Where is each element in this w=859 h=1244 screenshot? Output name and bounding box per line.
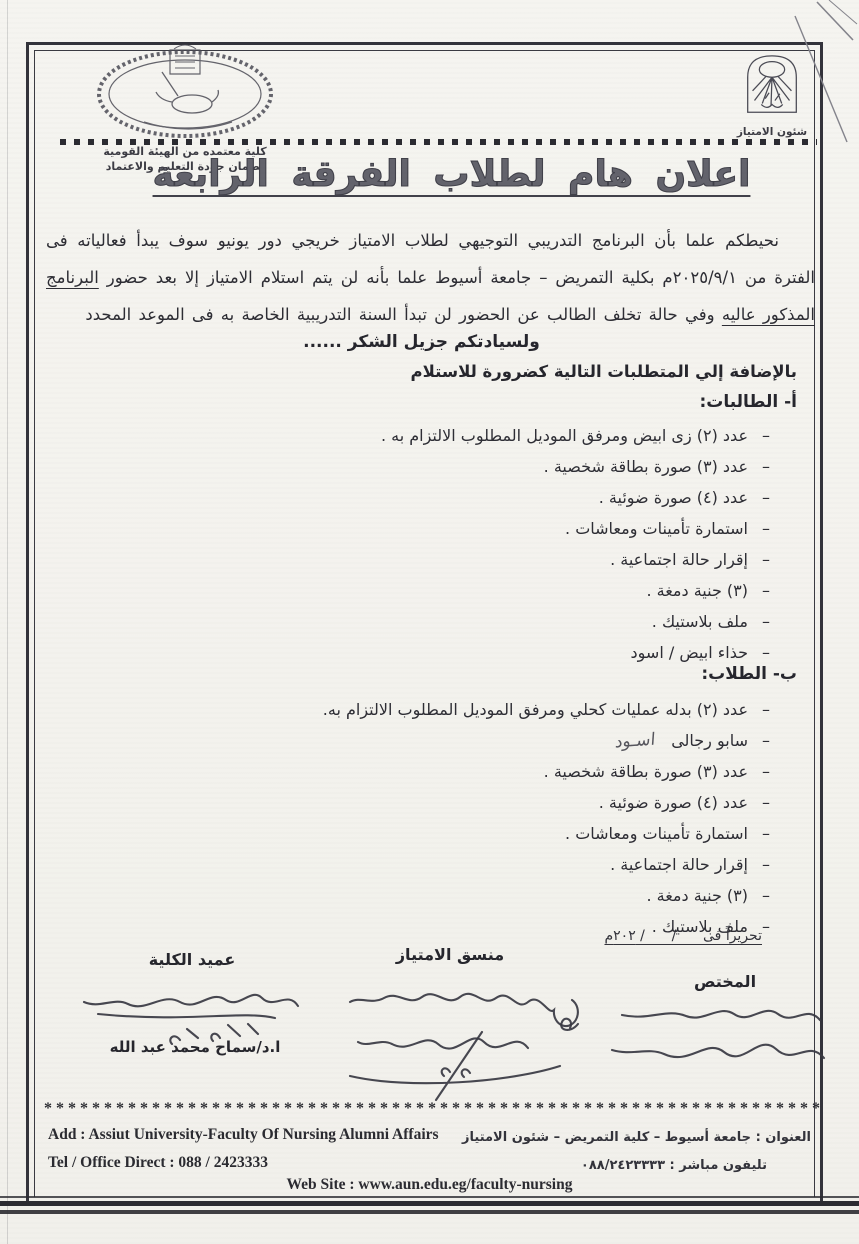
footer-tel-ar: تليفون مباشر : ٠٨٨/٢٤٢٣٣٣٣: [581, 1158, 767, 1173]
dean-signature-title: عميد الكلية: [117, 950, 267, 969]
bullet-dash: –: [762, 451, 770, 482]
list-item: –إقرار حالة اجتماعية .: [381, 544, 770, 575]
scan-edge-line: [7, 0, 8, 1244]
list-item: –عدد (٣) صورة بطاقة شخصية .: [381, 451, 770, 482]
bullet-dash: –: [762, 818, 770, 849]
section-a-list: –عدد (٢) زى ابيض ومرفق الموديل المطلوب ا…: [381, 420, 770, 668]
section-b-list: –عدد (٢) بدله عمليات كحلي ومرفق الموديل …: [323, 694, 770, 942]
bottom-rule-thin: [0, 1196, 859, 1198]
page-title: اعلان هام لطلاب الفرقة الرابعة: [44, 154, 859, 195]
specialist-signature-title: المختص: [650, 972, 800, 991]
dean-signature-handwriting: [70, 976, 310, 1046]
bullet-dash: –: [762, 482, 770, 513]
list-item: –عدد (٢) بدله عمليات كحلي ومرفق الموديل …: [323, 694, 770, 725]
list-item-text: عدد (٣) صورة بطاقة شخصية .: [544, 457, 748, 476]
list-item: –ملف بلاستيك .: [381, 606, 770, 637]
list-item-text: ملف بلاستيك .: [652, 612, 748, 631]
list-item-text: سابو رجالى: [671, 731, 748, 750]
bottom-rule-thick-2: [0, 1210, 859, 1214]
bullet-dash: –: [762, 911, 770, 942]
intro-text-before: نحيطكم علما بأن البرنامج التدريبي التوجي…: [46, 231, 815, 287]
list-item-text: عدد (٢) زى ابيض ومرفق الموديل المطلوب ال…: [381, 426, 748, 445]
list-item-text: إقرار حالة اجتماعية .: [610, 550, 748, 569]
university-badge-caption: شئون الامتياز: [722, 126, 822, 138]
list-item-text: عدد (٤) صورة ضوئية .: [599, 488, 748, 507]
accreditation-seal-icon: [92, 44, 278, 140]
bullet-dash: –: [762, 849, 770, 880]
list-item: –عدد (٣) صورة بطاقة شخصية .: [323, 756, 770, 787]
list-item-text: حذاء ابيض / اسود: [631, 643, 748, 662]
list-item: –عدد (٢) زى ابيض ومرفق الموديل المطلوب ا…: [381, 420, 770, 451]
list-item-text: إقرار حالة اجتماعية .: [610, 855, 748, 874]
bullet-dash: –: [762, 694, 770, 725]
written-on-date-line: تحريراً فى / / ٢٠٢م: [604, 928, 762, 944]
list-item-text: (٣) جنية دمغة .: [646, 581, 748, 600]
list-item: –استمارة تأمينات ومعاشات .: [381, 513, 770, 544]
section-b-title: ب- الطلاب:: [701, 664, 797, 684]
bullet-dash: –: [762, 756, 770, 787]
footer-address-en: Add : Assiut University-Faculty Of Nursi…: [48, 1126, 439, 1144]
footer-tel-en: Tel / Office Direct : 088 / 2423333: [48, 1154, 268, 1172]
bullet-dash: –: [762, 725, 770, 756]
list-item-text: استمارة تأمينات ومعاشات .: [565, 824, 748, 843]
dotted-divider: [60, 139, 817, 145]
scanned-announcement-page: كلية معتمده من الهيئة القومية لضمان جودة…: [0, 0, 859, 1244]
requirements-heading: بالإضافة إلي المتطلبات التالية كضرورة لل…: [410, 362, 797, 381]
list-item-text: استمارة تأمينات ومعاشات .: [565, 519, 748, 538]
list-item-text: عدد (٤) صورة ضوئية .: [599, 793, 748, 812]
thanks-line: ولسيادتكم جزيل الشكر ......: [0, 332, 843, 352]
bullet-dash: –: [762, 787, 770, 818]
list-item: –سابو رجالىاسـود: [323, 725, 770, 756]
list-item: –إقرار حالة اجتماعية .: [323, 849, 770, 880]
university-badge: شئون الامتياز: [722, 50, 822, 138]
dean-name: ا.د/سماح محمد عبد الله: [90, 1038, 300, 1056]
list-item: –(٣) جنية دمغة .: [323, 880, 770, 911]
coordinator-signature-title: منسق الامتياز: [375, 945, 525, 964]
bullet-dash: –: [762, 420, 770, 451]
footer-address-ar: العنوان : جامعة أسيوط – كلية التمريض – ش…: [462, 1130, 811, 1145]
footer-website: Web Site : www.aun.edu.eg/faculty-nursin…: [0, 1176, 859, 1194]
university-emblem-icon: [741, 50, 803, 120]
bottom-rule-thick: [0, 1201, 859, 1206]
asterisk-divider: * * * * * * * * * * * * * * * * * * * * …: [44, 1100, 821, 1122]
list-item: –استمارة تأمينات ومعاشات .: [323, 818, 770, 849]
coordinator-signature-handwriting: [320, 972, 590, 1102]
intro-paragraph: نحيطكم علما بأن البرنامج التدريبي التوجي…: [46, 222, 815, 333]
bullet-dash: –: [762, 513, 770, 544]
bullet-dash: –: [762, 880, 770, 911]
section-a-title: أ- الطالبات:: [699, 392, 797, 412]
intro-text-after: وفي حالة تخلف الطالب عن الحضور لن تبدأ ا…: [85, 305, 721, 324]
bullet-dash: –: [762, 606, 770, 637]
list-item: –عدد (٤) صورة ضوئية .: [323, 787, 770, 818]
list-item-text: (٣) جنية دمغة .: [646, 886, 748, 905]
handwritten-note: اسـود: [614, 724, 656, 758]
list-item-text: عدد (٣) صورة بطاقة شخصية .: [544, 762, 748, 781]
list-item-text: عدد (٢) بدله عمليات كحلي ومرفق الموديل ا…: [323, 700, 748, 719]
bullet-dash: –: [762, 544, 770, 575]
list-item: –عدد (٤) صورة ضوئية .: [381, 482, 770, 513]
list-item: –(٣) جنية دمغة .: [381, 575, 770, 606]
specialist-signature-handwriting: [600, 994, 835, 1082]
bullet-dash: –: [762, 575, 770, 606]
